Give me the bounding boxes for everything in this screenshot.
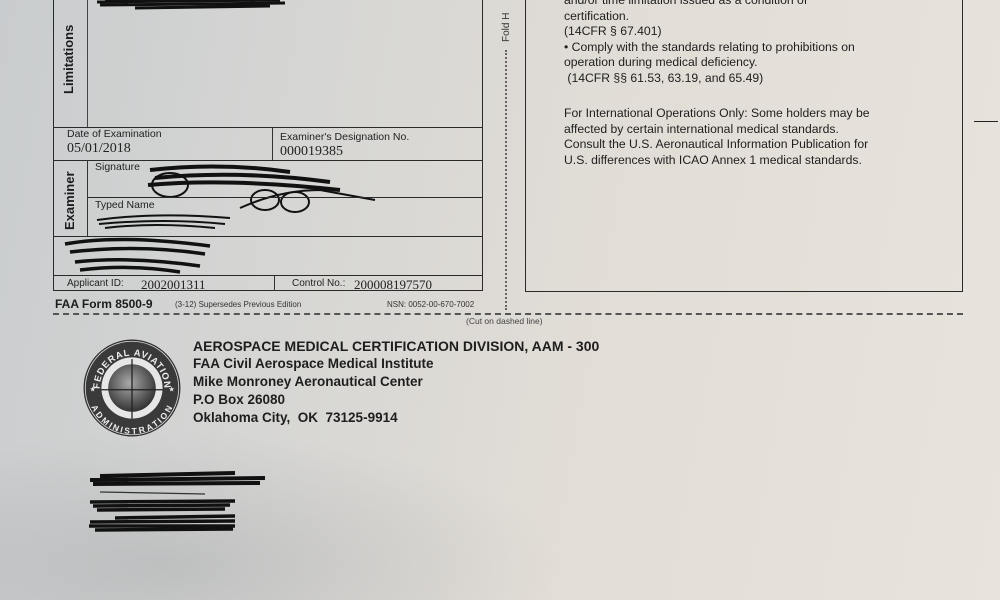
svg-text:★: ★ <box>90 385 96 393</box>
notice-line: Consult the U.S. Aeronautical Informatio… <box>564 137 870 153</box>
date-of-examination-label: Date of Examination <box>67 128 162 140</box>
address-division: AEROSPACE MEDICAL CERTIFICATION DIVISION… <box>193 337 599 355</box>
rule-line: (14CFR §§ 61.53, 63.19, and 65.49) <box>564 71 855 87</box>
form-nsn: NSN: 0052-00-670-7002 <box>387 300 474 309</box>
control-no-label: Control No.: <box>292 278 345 289</box>
applicant-id-label: Applicant ID: <box>67 278 124 289</box>
divider <box>87 160 88 236</box>
examiner-designation-value: 000019385 <box>280 144 343 160</box>
date-of-examination-value: 05/01/2018 <box>67 141 131 157</box>
divider <box>53 275 483 276</box>
cut-line <box>53 313 963 315</box>
examiner-label: Examiner <box>62 171 77 230</box>
rule-line: operation during medical deficiency. <box>564 55 855 71</box>
examiner-designation-label: Examiner's Designation No. <box>280 131 409 143</box>
shadow <box>0 430 560 600</box>
international-notice: For International Operations Only: Some … <box>564 106 870 168</box>
redacted-typed-name <box>95 210 235 232</box>
form-edition: (3-12) Supersedes Previous Edition <box>175 300 301 309</box>
faa-seal-icon: FEDERAL AVIATION ADMINISTRATION ★ ★ <box>81 335 183 441</box>
fold-label: Fold H <box>501 13 512 42</box>
rule-line: and/or time limitation issued as a condi… <box>564 0 855 9</box>
address-center: Mike Monroney Aeronautical Center <box>193 373 599 391</box>
rule-line: • Comply with the standards relating to … <box>564 40 855 56</box>
fold-line <box>505 50 507 310</box>
divider <box>87 197 483 198</box>
return-address: AEROSPACE MEDICAL CERTIFICATION DIVISION… <box>193 337 599 427</box>
notice-line: affected by certain international medica… <box>564 122 870 138</box>
address-institute: FAA Civil Aerospace Medical Institute <box>193 355 599 373</box>
redacted-airman-signature <box>60 234 220 276</box>
signature-label: Signature <box>95 161 140 173</box>
limitations-label: Limitations <box>61 25 76 94</box>
examiner-signature <box>140 160 380 215</box>
address-city: Oklahoma City, OK 73125-9914 <box>193 409 599 427</box>
divider <box>272 128 273 160</box>
redacted-limitation-text <box>95 0 295 12</box>
svg-text:★: ★ <box>169 385 175 393</box>
form-number: FAA Form 8500-9 <box>55 297 153 311</box>
rule-line: (14CFR § 67.401) <box>564 24 855 40</box>
right-panel-rules: and/or time limitation issued as a condi… <box>564 0 855 86</box>
applicant-id-value: 2002001311 <box>141 277 206 293</box>
divider <box>274 275 275 291</box>
notice-line: For International Operations Only: Some … <box>564 106 870 122</box>
rule-line: certification. <box>564 9 855 25</box>
control-no-value: 200008197570 <box>354 277 432 293</box>
edge-tick-mark <box>974 121 998 122</box>
notice-line: U.S. differences with ICAO Annex 1 medic… <box>564 153 870 169</box>
redacted-recipient-address <box>85 470 270 540</box>
cut-label: (Cut on dashed line) <box>466 316 543 326</box>
address-po-box: P.O Box 26080 <box>193 391 599 409</box>
